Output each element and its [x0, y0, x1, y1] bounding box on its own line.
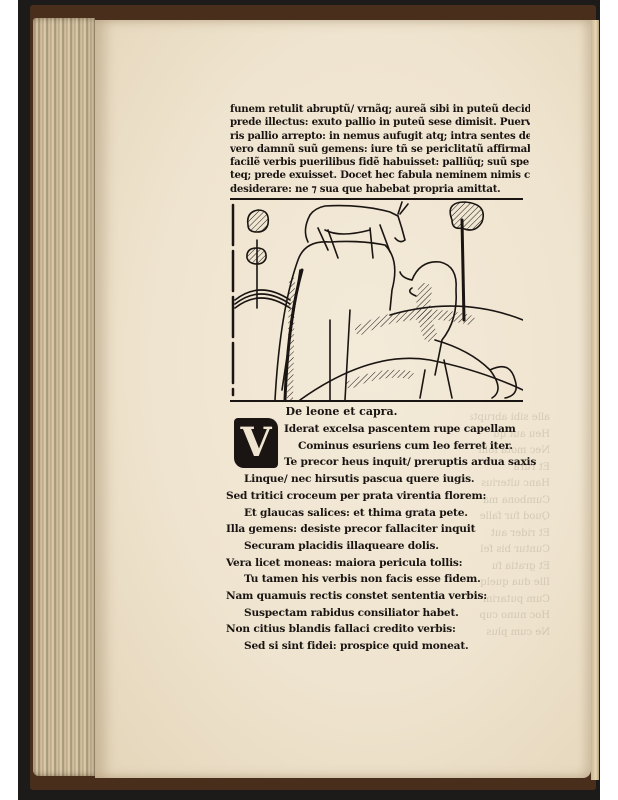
prose-line: prede illectus: exuto pallio in puteũ se… [230, 116, 530, 129]
prose-line: funem retulit abruptũ/ vrnãq; aureã sibi… [230, 103, 530, 116]
prose-line: facilẽ verbis puerilibus fidẽ habuisset:… [230, 156, 530, 169]
verse-line: Suspectam rabidus consiliator habet. [226, 605, 526, 622]
prose-line: vero damnũ suũ gemens: iure tñ se pericl… [230, 143, 530, 156]
page-edge-right [591, 20, 599, 780]
verse-line: Vera licet moneas: maiora pericula tolli… [226, 555, 526, 572]
verse-line: Securam placidis illaqueare dolis. [226, 538, 526, 555]
fable-title-text: De leone et capra. [286, 405, 398, 418]
verse-line: Sed si sint fidei: prospice quid moneat. [226, 638, 526, 655]
verse-line: Te precor heus inquit/ preruptis ardua s… [226, 454, 526, 471]
prose-line: teq; prede exuisset. Docet hec fabula ne… [230, 169, 530, 182]
verse-line: Cominus esuriens cum leo ferret iter. [226, 438, 526, 455]
verse-line: Et glaucas salices: et thima grata pete. [226, 505, 526, 522]
verse-line: Illa gemens: desiste precor fallaciter i… [226, 521, 526, 538]
verse-line: Non citius blandis fallaci credito verbi… [226, 621, 526, 638]
verse-line: Nam quamuis rectis constet sententia ver… [226, 588, 526, 605]
woodcut-illustration [230, 198, 523, 402]
verse-block: Iderat excelsa pascentem rupe capellam C… [226, 421, 526, 655]
verse-line: Tu tamen his verbis non facis esse fidem… [226, 571, 526, 588]
prose-line: desiderare: ne ⁊ sua que habebat propria… [230, 183, 530, 196]
fable-title: De leone et capra. [0, 405, 618, 418]
page-edges-stack [33, 18, 95, 776]
verse-line: Sed tritici croceum per prata virentia f… [226, 488, 526, 505]
prose-line: ris pallio arrepto: in nemus aufugit atq… [230, 130, 530, 143]
verse-line: Linque/ nec hirsutis pascua quere iugis. [226, 471, 526, 488]
prose-paragraph: funem retulit abruptũ/ vrnãq; aureã sibi… [230, 103, 530, 196]
verse-line: Iderat excelsa pascentem rupe capellam [226, 421, 526, 438]
goat-and-lion-woodcut-icon [230, 200, 523, 400]
